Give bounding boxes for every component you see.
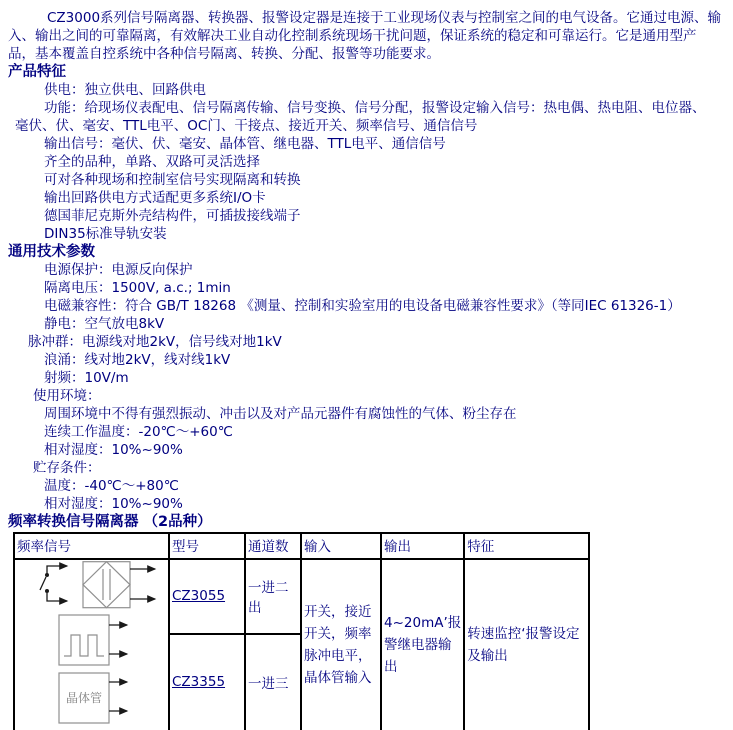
text-line: 电磁兼容性：符合 GB/T 18268 《测量、控制和实验室用的电设备电磁兼容性… [8, 297, 733, 315]
text-line: 毫伏、伏、毫安、TTL电平、OC门、干接点、接近开关、频率信号、通信信号 [8, 117, 733, 135]
text-line: 周围环境中不得有强烈振动、冲击以及对产品元器件有腐蚀性的气体、粉尘存在 [8, 405, 733, 423]
pulse-wave-symbol [59, 615, 127, 665]
input-cell: 开关，接近开关，频率脉冲电平，晶体管输入 [301, 559, 381, 730]
text-line: 脉冲群：电源线对地2kV，信号线对地1kV [8, 333, 733, 351]
column-header-output: 输出 [381, 533, 464, 559]
switch-symbol [40, 566, 67, 601]
text-line: DIN35标准导轨安装 [8, 225, 733, 243]
transistor-box-symbol: 晶体管 [59, 673, 127, 723]
column-header-input: 输入 [301, 533, 381, 559]
table-row: 晶体管 CZ3055 一进二出 开关，接近开关，频率脉冲电平，晶体管输入 4~2… [14, 559, 589, 634]
text-line: 射频：10V/m [8, 369, 733, 387]
text-line: 供电：独立供电、回路供电 [8, 81, 733, 99]
column-header-channels: 通道数 [245, 533, 301, 559]
text-line: 隔离电压：1500V, a.c.; 1min [8, 279, 733, 297]
model-cell: CZ3055 [169, 559, 245, 634]
column-header-signal: 频率信号 [14, 533, 169, 559]
output-cell: 4~20mA’报警继电器输出 [381, 559, 464, 730]
text-line: 相对湿度：10%~90% [8, 495, 733, 513]
isolator-box-symbol [83, 562, 130, 608]
section-heading-general-specs: 通用技术参数 [8, 243, 733, 261]
channels-cell: 一进三 [245, 634, 301, 730]
text-line: CZ3000系列信号隔离器、转换器、报警设定器是连接于工业现场仪表与控制室之间的… [8, 9, 733, 27]
text-line: 静电：空气放电8kV [8, 315, 733, 333]
text-line: 输出回路供电方式适配更多系统I/O卡 [8, 189, 733, 207]
text-line: 相对湿度：10%~90% [8, 441, 733, 459]
text-line: 电源保护：电源反向保护 [8, 261, 733, 279]
text-line: 功能：给现场仪表配电、信号隔离传输、信号变换、信号分配，报警设定输入信号：热电偶… [8, 99, 733, 117]
model-cell: CZ3355 [169, 634, 245, 730]
text-line: 使用环境： [8, 387, 733, 405]
text-line: 入、输出之间的可靠隔离，有效解决工业自动化控制系统现场干扰问题，保证系统的稳定和… [8, 27, 733, 45]
text-line: 品，基本覆盖自控系统中各种信号隔离、转换、分配、报警等功能要求。 [8, 45, 733, 63]
text-line: 德国菲尼克斯外壳结构件，可插拔接线端子 [8, 207, 733, 225]
text-line: 可对各种现场和控制室信号实现隔离和转换 [8, 171, 733, 189]
column-header-model: 型号 [169, 533, 245, 559]
text-line: 贮存条件： [8, 459, 733, 477]
document-page: CZ3000系列信号隔离器、转换器、报警设定器是连接于工业现场仪表与控制室之间的… [0, 0, 733, 730]
section-heading-frequency-isolators: 频率转换信号隔离器 （2品种） [8, 513, 733, 531]
section-heading-product-features: 产品特征 [8, 63, 733, 81]
column-header-feature: 特征 [464, 533, 589, 559]
model-link-cz3355[interactable]: CZ3355 [172, 674, 225, 690]
transistor-label: 晶体管 [66, 690, 102, 705]
model-link-cz3055[interactable]: CZ3055 [172, 588, 225, 604]
feature-cell: 转速监控‘报警设定及输出 [464, 559, 589, 730]
channels-cell: 一进二出 [245, 559, 301, 634]
text-line: 齐全的品种，单路、双路可灵活选择 [8, 153, 733, 171]
text-line: 浪涌：线对地2kV，线对线1kV [8, 351, 733, 369]
text-line: 温度：-40℃～+80℃ [8, 477, 733, 495]
table-header-row: 频率信号 型号 通道数 输入 输出 特征 [14, 533, 589, 559]
product-table: 频率信号 型号 通道数 输入 输出 特征 [13, 532, 590, 730]
frequency-signal-diagram: 晶体管 [14, 559, 169, 730]
signal-schematic: 晶体管 [17, 561, 166, 725]
isolator-output-arrows [130, 569, 155, 599]
text-line: 连续工作温度：-20℃～+60℃ [8, 423, 733, 441]
text-line: 输出信号：毫伏、伏、毫安、晶体管、继电器、TTL电平、通信信号 [8, 135, 733, 153]
